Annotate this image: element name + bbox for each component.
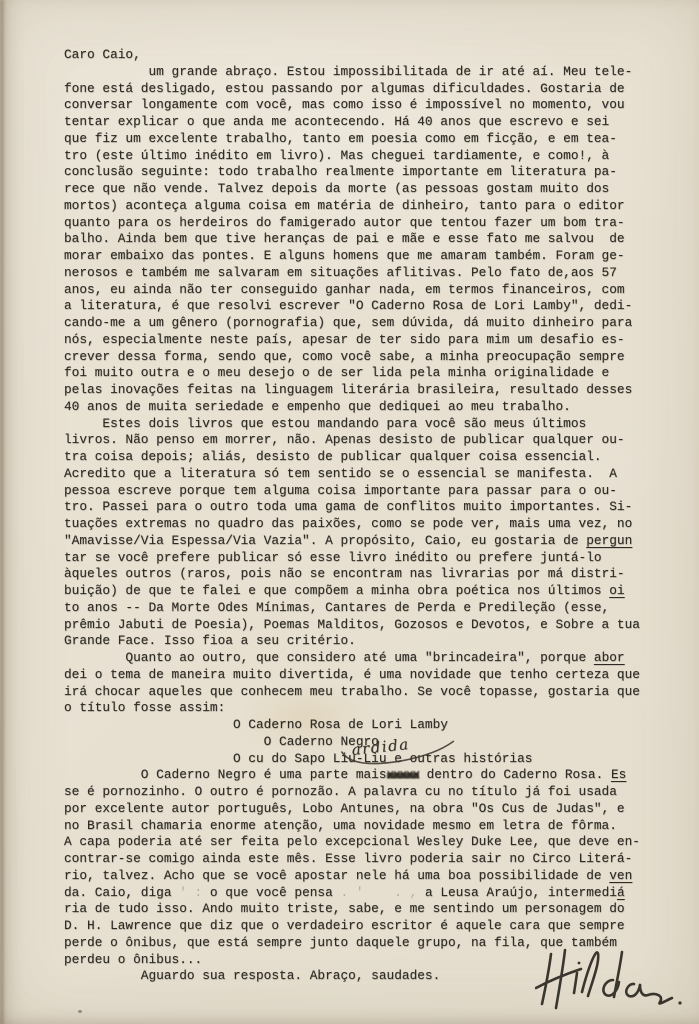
letter-line: quanto para os herdeiros do famigerado a… (64, 215, 674, 232)
letter-line: Acredito que a literatura só tem sentido… (64, 466, 674, 483)
ink-speck (78, 1010, 82, 1013)
typed-text: tar se você prefere publicar só esse liv… (64, 550, 602, 565)
letter-line: O Caderno Rosa de Lori Lamby (64, 717, 674, 734)
typed-text: que fiz um excelente trabalho, tanto em … (64, 131, 617, 146)
letter-line: "Amavisse/Via Espessa/Via Vazia". A prop… (64, 533, 674, 550)
typed-text: Estes dois livros que estou mandando par… (64, 416, 586, 431)
typed-text: Acredito que a literatura só tem sentido… (64, 466, 617, 481)
typed-text: 40 anos de muita seriedade e empenho que… (64, 399, 571, 414)
typed-text: nerosos e também me salvaram em situaçõe… (64, 265, 617, 280)
letter-line: tentar explicar o que anda me acontecend… (64, 114, 674, 131)
typed-text: àqueles outros (raros, pois não se encon… (64, 566, 625, 581)
typed-text: ven (609, 868, 632, 883)
typed-text: Aguardo sua resposta. Abraço, saudades. (64, 968, 440, 983)
typed-text: á (617, 885, 625, 900)
letter-line: rio, talvez. Acho que se você apostar ne… (64, 868, 674, 885)
typed-text: conclusão seguinte: todo trabalho realme… (64, 164, 617, 179)
letter-line: morar embaixo das pontes. E alguns homen… (64, 248, 674, 265)
letter-line: to anos -- Da Morte Odes Mínimas, Cantar… (64, 600, 674, 617)
letter-line: tro (este último inédito em livro). Mas … (64, 148, 674, 165)
letter-line: mortos) aconteça alguma coisa em matéria… (64, 198, 674, 215)
typed-text: contrar-se comigo ainda este mês. Esse l… (64, 851, 632, 866)
letter-line: buição) de que te falei e que compõem a … (64, 583, 674, 600)
typed-text: pessoa escreve porque tem alguma coisa i… (64, 483, 617, 498)
typed-text: morar embaixo das pontes. E alguns homen… (64, 248, 625, 263)
typed-text: tro (este último inédito em livro). Mas … (64, 148, 609, 163)
letter-line: anos, eu ainda não ter conseguido ganhar… (64, 282, 674, 299)
typed-text: balho. Ainda bem que tive heranças de pa… (64, 231, 625, 246)
typed-text: quanto para os herdeiros do famigerado a… (64, 215, 625, 230)
typed-text: tuações extremas no quadro das paixões, … (64, 516, 632, 531)
erased-text: ' : (179, 885, 210, 900)
typed-text: livros. Não penso em morrer, não. Apenas… (64, 432, 625, 447)
letter-line: foi muito outra e o meu desejo o de ser … (64, 365, 674, 382)
typed-text: rece que não vende. Talvez depois da mor… (64, 181, 609, 196)
erased-text: . ' . , (340, 885, 424, 900)
letter-line: Caro Caio, (64, 47, 674, 64)
typed-text: Grande Face. Isso fioa a seu critério. (64, 633, 356, 648)
typed-text: nós, especialmente neste país, apesar de… (64, 332, 625, 347)
typed-text: irá chocar aqueles que conhecem meu trab… (64, 684, 640, 699)
typed-text: D. H. Lawrence que diz que o verdadeiro … (64, 918, 625, 933)
letter-line: o título fosse assim: (64, 700, 674, 717)
letter-line: da. Caio, diga ' : o que você pensa . ' … (64, 885, 674, 902)
letter-line: tro. Passei para o outro toda uma gama d… (64, 499, 674, 516)
typed-text: a Leusa Araújo, intermedi (425, 885, 617, 900)
letter-line: A capa poderia até ser feita pelo excepc… (64, 834, 674, 851)
typed-text: tro. Passei para o outro toda uma gama d… (64, 499, 632, 514)
typed-text: rio, talvez. Acho que se você apostar ne… (64, 868, 609, 883)
letter-line: conversar longamente com você, mas como … (64, 97, 674, 114)
typed-text: to anos -- Da Morte Odes Mínimas, Cantar… (64, 600, 609, 615)
letter-line: dei o tema de maneira muito divertida, é… (64, 667, 674, 684)
letter-line: pelas inovações feitas na linguagem lite… (64, 382, 674, 399)
typed-text: Es (611, 767, 626, 782)
letter-line: tuações extremas no quadro das paixões, … (64, 516, 674, 533)
typed-text: anos, eu ainda não ter conseguido ganhar… (64, 282, 625, 297)
signature-strokes (535, 940, 685, 1015)
typed-text: dentro do Caderno Rosa. (419, 767, 611, 782)
typed-text: fone está desligado, estou passando por … (64, 81, 625, 96)
typed-text: O Caderno Rosa de Lori Lamby (64, 717, 448, 732)
letter-line: prêmio Jabuti de Poesia), Poemas Maldito… (64, 617, 674, 634)
letter-line: fone está desligado, estou passando por … (64, 81, 674, 98)
letter-line: balho. Ainda bem que tive heranças de pa… (64, 231, 674, 248)
typed-text: oi (609, 583, 624, 598)
typed-text: o título fosse assim: (64, 700, 225, 715)
typed-text: perdeu o ônibus... (64, 952, 202, 967)
scanned-letter: { "document": { "kind": "typewritten let… (0, 0, 699, 1024)
typed-text: Caro Caio, (64, 47, 141, 62)
letter-line: nerosos e também me salvaram em situaçõe… (64, 265, 674, 282)
letter-line: Quanto ao outro, que considero até uma "… (64, 650, 674, 667)
letter-line: irá chocar aqueles que conhecem meu trab… (64, 684, 674, 701)
typed-text: O Caderno Negro é uma parte mais (64, 767, 387, 782)
typed-text: dei o tema de maneira muito divertida, é… (64, 667, 640, 682)
letter-line: O Caderno Negro é uma parte maisxxxxx de… (64, 767, 674, 784)
typed-text: ria de tudo isso. Ando muito triste, sab… (64, 901, 625, 916)
typed-text: a literatura, é que resolvi escrever "O … (64, 298, 632, 313)
letter-line: nós, especialmente neste país, apesar de… (64, 332, 674, 349)
typed-text: no Brasil chamaria enorme atenção, uma n… (64, 818, 617, 833)
letter-line: Grande Face. Isso fioa a seu critério. (64, 633, 674, 650)
letter-line: um grande abraço. Estou impossibilitada … (64, 64, 674, 81)
letter-line: crever dessa forma, sendo que, como você… (64, 349, 674, 366)
letter-line: D. H. Lawrence que diz que o verdadeiro … (64, 918, 674, 935)
typed-text: tra coisa depois; aliás, desisto de publ… (64, 449, 602, 464)
typed-text: Quanto ao outro, que considero até uma "… (64, 650, 594, 665)
letter-line: por excelente autor português, Lobo Antu… (64, 801, 674, 818)
typed-text: O cu do Sapo Liu-Liu e outras histórias (64, 751, 532, 766)
letter-line: se é pornozinho. O outro é pornozão. A p… (64, 784, 674, 801)
typed-text: O Caderno Negro (64, 734, 379, 749)
typed-text: tentar explicar o que anda me acontecend… (64, 114, 609, 129)
letter-page: Caro Caio, um grande abraço. Estou impos… (0, 0, 699, 1024)
letter-line: pessoa escreve porque tem alguma coisa i… (64, 483, 674, 500)
typed-text: foi muito outra e o meu desejo o de ser … (64, 365, 609, 380)
letter-line: contrar-se comigo ainda este mês. Esse l… (64, 851, 674, 868)
letter-line: tar se você prefere publicar só esse liv… (64, 550, 674, 567)
scan-edge (0, 0, 4, 1024)
letter-line: rece que não vende. Talvez depois da mor… (64, 181, 674, 198)
struck-out-word: xxxxx (387, 767, 419, 782)
letter-line: a literatura, é que resolvi escrever "O … (64, 298, 674, 315)
handwritten-signature (535, 940, 685, 1015)
letter-body: Caro Caio, um grande abraço. Estou impos… (64, 47, 674, 985)
letter-line: àqueles outros (raros, pois não se encon… (64, 566, 674, 583)
typed-text: crever dessa forma, sendo que, como você… (64, 349, 625, 364)
typed-text: mortos) aconteça alguma coisa em matéria… (64, 198, 625, 213)
typed-text: abor (594, 650, 625, 665)
letter-line: que fiz um excelente trabalho, tanto em … (64, 131, 674, 148)
typed-text: pergun (586, 533, 632, 548)
typed-text: cando-me a um gênero (pornografia) que, … (64, 315, 632, 330)
typed-text: conversar longamente com você, mas como … (64, 97, 625, 112)
letter-line: ria de tudo isso. Ando muito triste, sab… (64, 901, 674, 918)
typed-text: se é pornozinho. O outro é pornozão. A p… (64, 784, 617, 799)
letter-line: no Brasil chamaria enorme atenção, uma n… (64, 818, 674, 835)
typed-text: o que você pensa (210, 885, 341, 900)
typed-text: "Amavisse/Via Espessa/Via Vazia". A prop… (64, 533, 586, 548)
letter-line: tra coisa depois; aliás, desisto de publ… (64, 449, 674, 466)
letter-line: conclusão seguinte: todo trabalho realme… (64, 164, 674, 181)
letter-line: livros. Não penso em morrer, não. Apenas… (64, 432, 674, 449)
typed-text: buição) de que te falei e que compõem a … (64, 583, 609, 598)
typed-text: um grande abraço. Estou impossibilitada … (64, 64, 632, 79)
letter-line: 40 anos de muita seriedade e empenho que… (64, 399, 674, 416)
typed-text: pelas inovações feitas na linguagem lite… (64, 382, 632, 397)
letter-line: cando-me a um gênero (pornografia) que, … (64, 315, 674, 332)
typed-text: perde o ônibus, que está sempre junto da… (64, 935, 617, 950)
typed-text: A capa poderia até ser feita pelo excepc… (64, 834, 640, 849)
typed-text: da. Caio, diga (64, 885, 179, 900)
letter-line: Estes dois livros que estou mandando par… (64, 416, 674, 433)
typed-text: prêmio Jabuti de Poesia), Poemas Maldito… (64, 617, 640, 632)
typed-text: por excelente autor português, Lobo Antu… (64, 801, 625, 816)
